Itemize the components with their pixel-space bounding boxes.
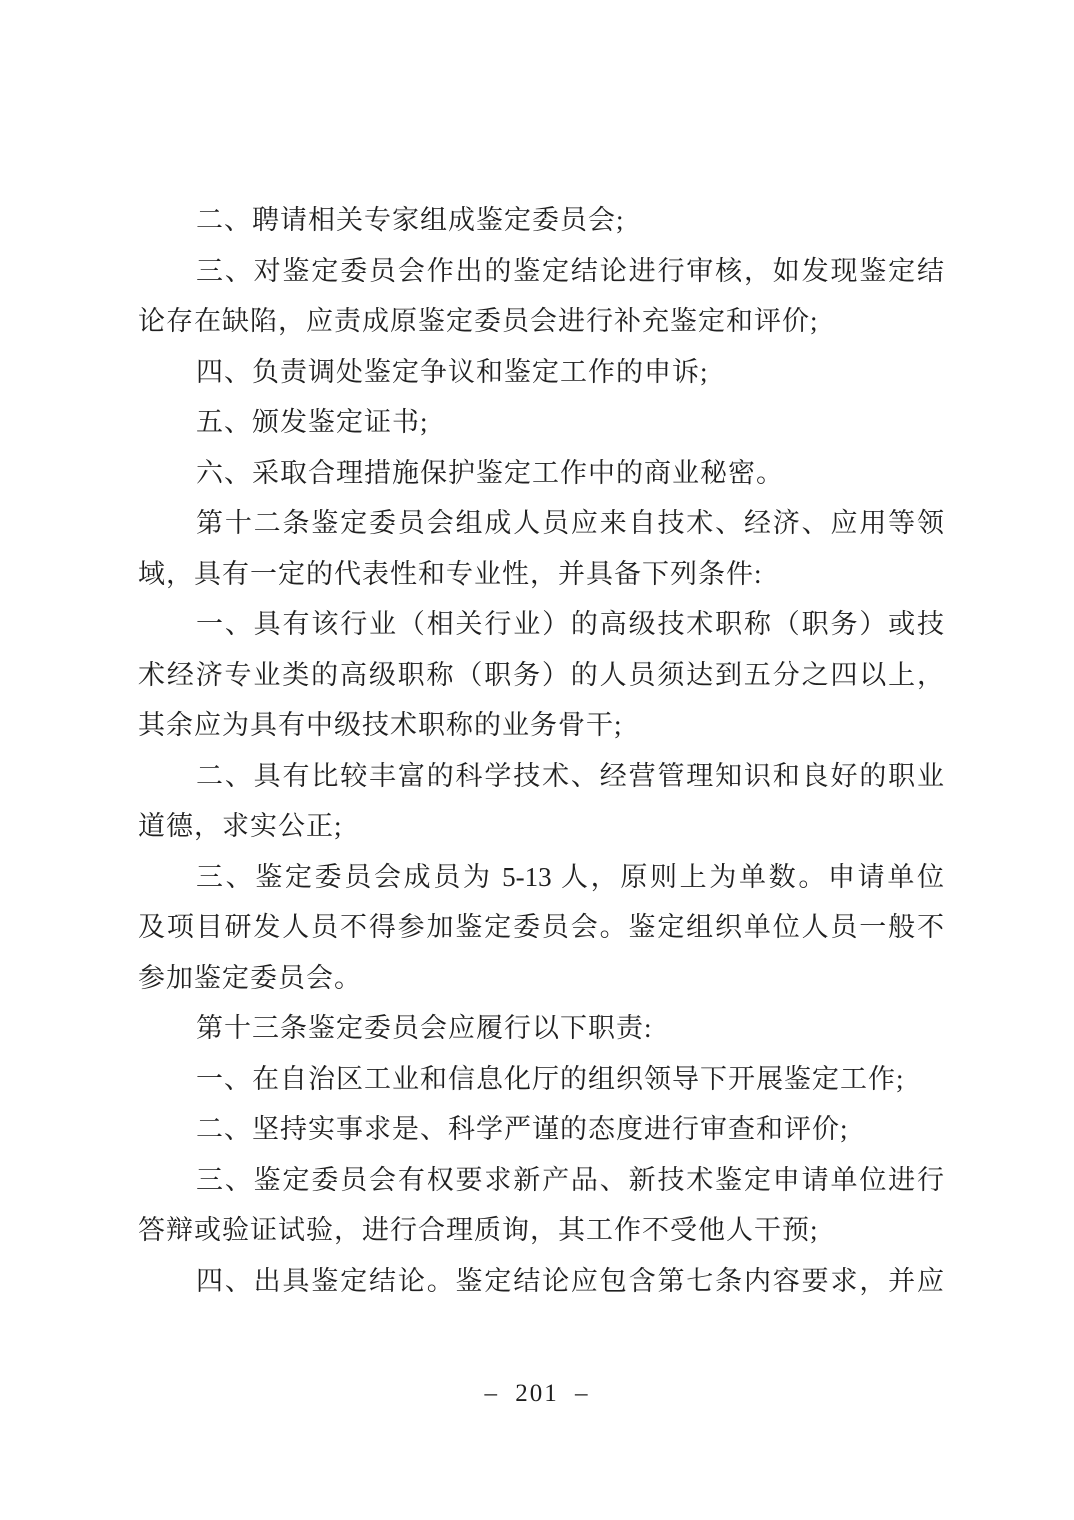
text-line: 二、坚持实事求是、科学严谨的态度进行审查和评价; [138, 1104, 944, 1155]
text-line: 六、采取合理措施保护鉴定工作中的商业秘密。 [138, 448, 944, 499]
text-line: 三、鉴定委员会有权要求新产品、新技术鉴定申请单位进行 [138, 1155, 944, 1206]
document-page: 二、聘请相关专家组成鉴定委员会;三、对鉴定委员会作出的鉴定结论进行审核，如发现鉴… [0, 0, 1074, 1520]
text-line: 其余应为具有中级技术职称的业务骨干; [138, 700, 944, 751]
text-line: 三、对鉴定委员会作出的鉴定结论进行审核，如发现鉴定结 [138, 246, 944, 297]
text-line: 三、鉴定委员会成员为 5-13 人，原则上为单数。申请单位 [138, 852, 944, 903]
document-body: 二、聘请相关专家组成鉴定委员会;三、对鉴定委员会作出的鉴定结论进行审核，如发现鉴… [138, 195, 944, 1306]
text-line: 四、负责调处鉴定争议和鉴定工作的申诉; [138, 347, 944, 398]
text-line: 第十三条鉴定委员会应履行以下职责: [138, 1003, 944, 1054]
text-line: 二、具有比较丰富的科学技术、经营管理知识和良好的职业 [138, 751, 944, 802]
text-line: 道德，求实公正; [138, 801, 944, 852]
text-line: 一、具有该行业（相关行业）的高级技术职称（职务）或技 [138, 599, 944, 650]
text-line: 一、在自治区工业和信息化厅的组织领导下开展鉴定工作; [138, 1054, 944, 1105]
text-line: 答辩或验证试验，进行合理质询，其工作不受他人干预; [138, 1205, 944, 1256]
text-line: 论存在缺陷，应责成原鉴定委员会进行补充鉴定和评价; [138, 296, 944, 347]
text-line: 参加鉴定委员会。 [138, 953, 944, 1004]
text-line: 术经济专业类的高级职称（职务）的人员须达到五分之四以上， [138, 650, 944, 701]
text-line: 及项目研发人员不得参加鉴定委员会。鉴定组织单位人员一般不 [138, 902, 944, 953]
text-line: 二、聘请相关专家组成鉴定委员会; [138, 195, 944, 246]
page-footer: – 201 – [0, 1369, 1074, 1419]
text-line: 五、颁发鉴定证书; [138, 397, 944, 448]
text-line: 域，具有一定的代表性和专业性，并具备下列条件: [138, 549, 944, 600]
text-line: 第十二条鉴定委员会组成人员应来自技术、经济、应用等领 [138, 498, 944, 549]
page-number: – 201 – [485, 1380, 590, 1407]
text-line: 四、出具鉴定结论。鉴定结论应包含第七条内容要求，并应 [138, 1256, 944, 1307]
